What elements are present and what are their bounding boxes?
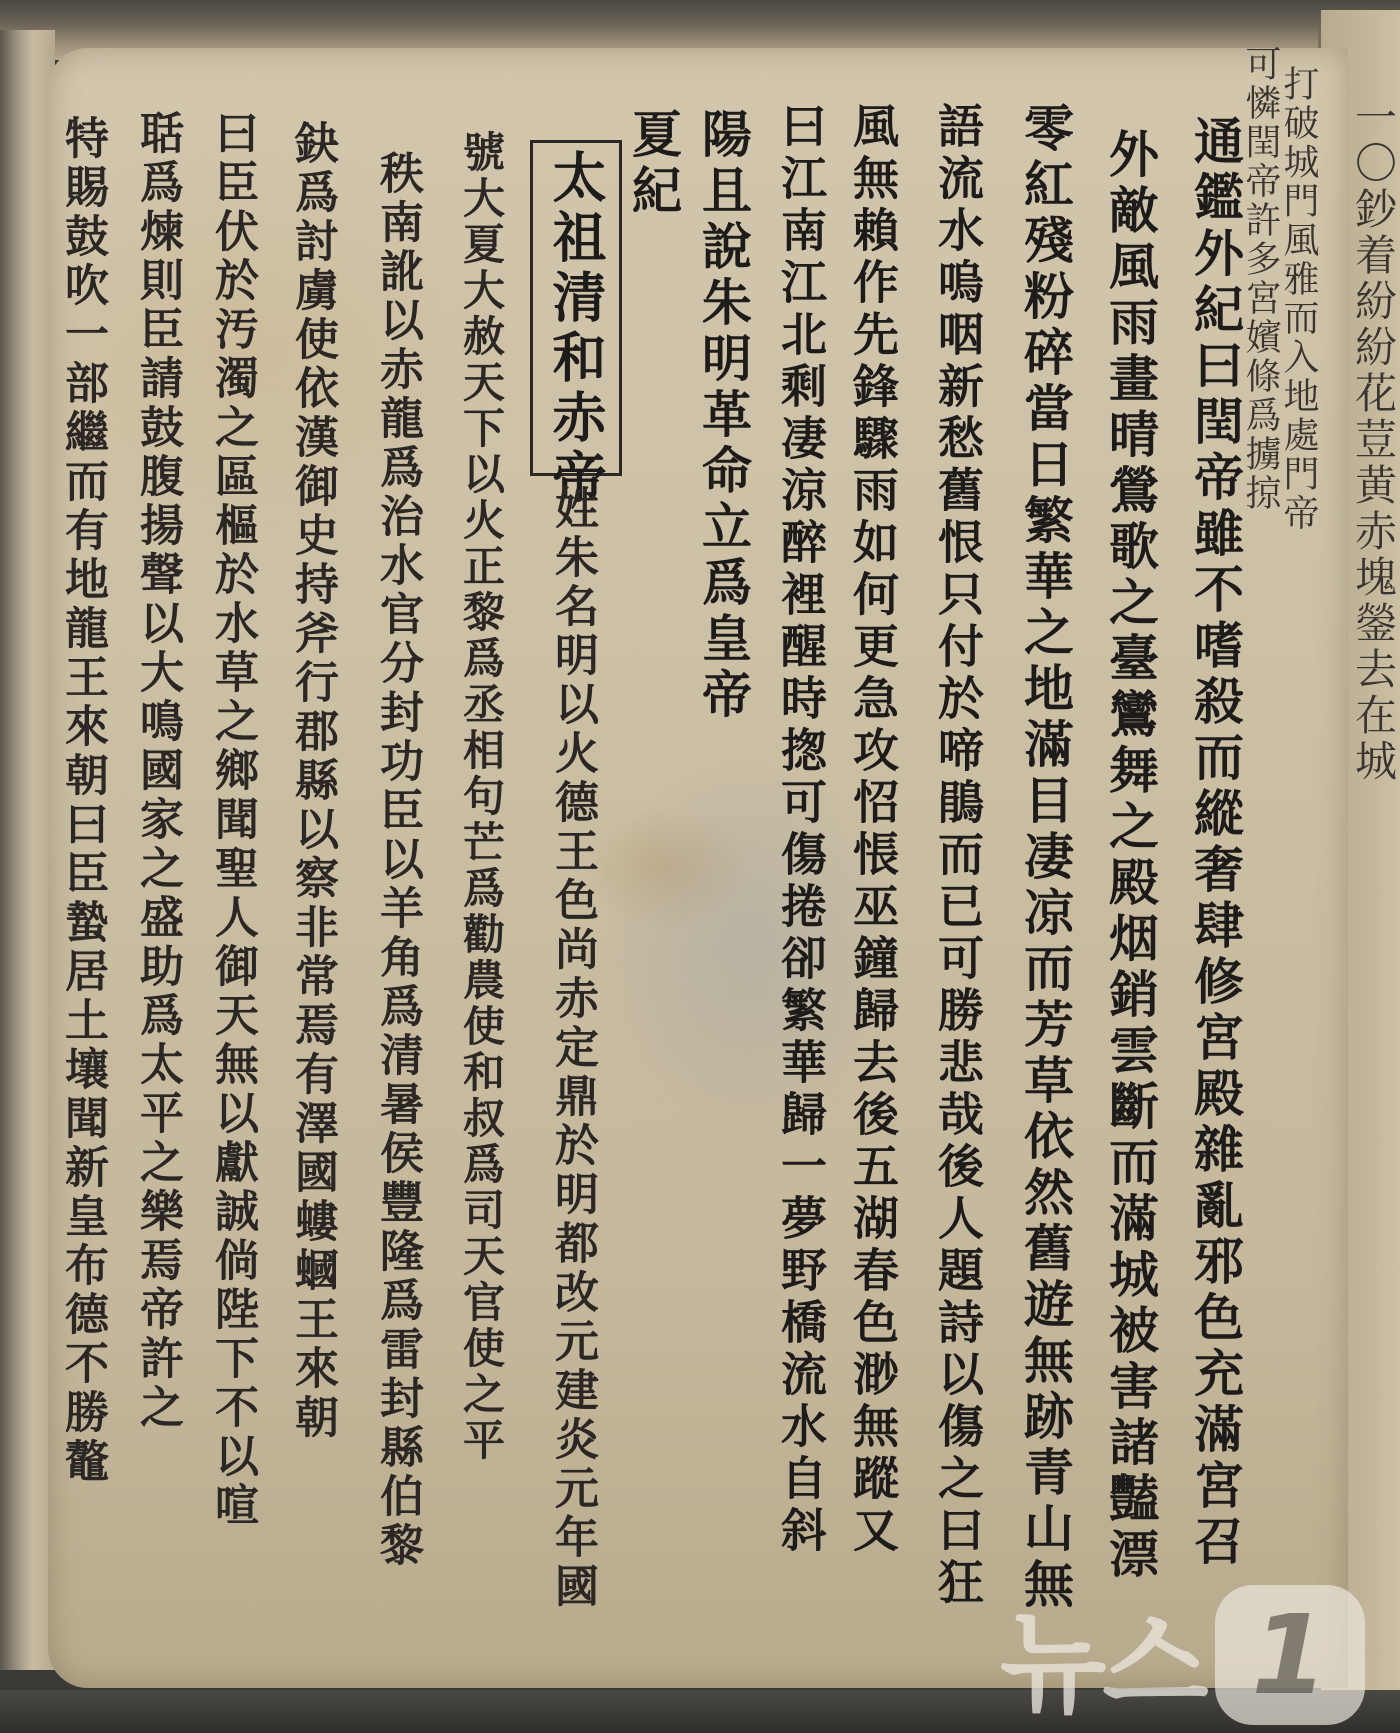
text-column: 語流水嗚咽新愁舊恨只付於啼鵑而已可勝悲哉後人題詩以傷之曰狂 [935,102,981,1610]
reign-title: 太祖清和赤帝 [549,149,603,509]
text-column: 外敵風雨畫晴鶯歌之臺鸞舞之殿烟銷雲斷而滿城被害諸豔漂 [1105,128,1155,1584]
title-box: 太祖清和赤帝 [530,140,622,476]
watermark-text: 뉴스 [1000,1576,1205,1733]
text-column: 曰臣伏於汚濁之區樞於水草之鄉聞聖人御天無以獻誠倘陛下不以喧 [210,110,254,1531]
text-column: 陽且說朱明革命立爲皇帝 [698,108,748,724]
fragment-column: 打破城門風雅而入地處門帝 [1280,65,1316,533]
book-left-edge [0,30,55,1670]
text-column: 號大夏大赦天下以火正黎爲丞相句芒爲勸農使和叔爲司天官使之平 [460,130,502,1464]
text-column: 姓朱名明以火德王色尚赤定鼎於明都改元建炎元年國 [550,485,594,1612]
text-column: 鈌爲討虜使依漢御史持斧行郡縣以察非常焉有澤國螻蟈王來朝 [290,120,334,1443]
text-column: 特賜鼓吹一部繼而有地龍王來朝曰臣蟄居土壤聞新皇布德不勝鼇 [60,115,104,1487]
text-column: 曰江南江北剩凄涼醉裡醒時揔可傷捲卻繁華歸一夢野橋流水自斜 [778,102,824,1558]
text-column: 秩南訛以赤龍爲治水官分封功臣以羊角爲清暑侯豐隆爲雷封縣伯黎 [375,150,419,1571]
news1-watermark: 뉴스 1 [1000,1580,1400,1730]
text-column: 通鑑外紀曰閏帝雖不嗜殺而縱奢肆修宮殿雜亂邪色充滿宮召 [1190,115,1240,1571]
text-column: 風無賴作先鋒驟雨如何更急攻怊悵巫鐘歸去後五湖春色渺無蹤又 [850,102,896,1558]
fragment-column: 可憐閏帝許多宮嬪條爲擄掠 [1242,45,1278,513]
section-heading: 夏紀 [628,108,678,220]
watermark-badge: 1 [1215,1585,1365,1725]
text-column: 零紅殘粉碎當日繁華之地滿目凄凉而芳草依然舊遊無跡青山無 [1020,102,1070,1614]
fragment-column: 一〇鈔着紛紛花荳黄赤塊鎣去在城 [1352,95,1394,785]
text-column: 聒爲煉則臣請鼓腹揚聲以大鳴國家之盛助爲太平之樂焉帝許之 [135,110,179,1433]
